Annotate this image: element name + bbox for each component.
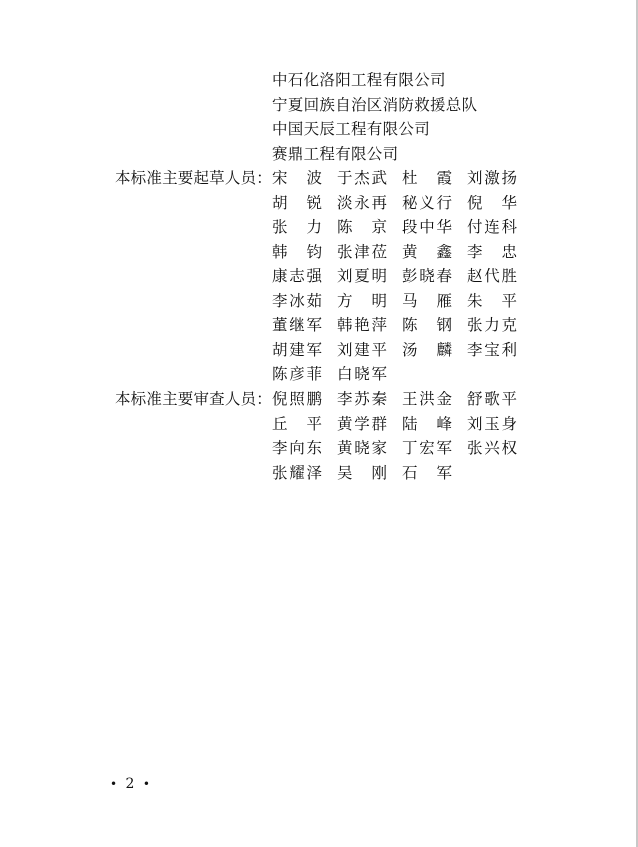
person-name: 李苏秦	[337, 387, 387, 412]
person-name: 胡锐	[272, 191, 322, 216]
person-name: 陈彦菲	[272, 362, 322, 387]
person-name: 倪照鹏	[272, 387, 322, 412]
organization-list: 中石化洛阳工程有限公司 宁夏回族自治区消防救援总队 中国天辰工程有限公司 赛鼎工…	[272, 68, 477, 166]
person-name: 刘玉身	[467, 412, 517, 437]
person-name: 秘义行	[402, 191, 452, 216]
person-name: 汤麟	[402, 338, 452, 363]
person-name: 淡永再	[337, 191, 387, 216]
person-name: 段中华	[402, 215, 452, 240]
person-name: 丁宏军	[402, 436, 452, 461]
person-name: 黄鑫	[402, 240, 452, 265]
person-name: 吴刚	[337, 461, 387, 486]
organization: 赛鼎工程有限公司	[272, 142, 477, 167]
person-name: 张兴权	[467, 436, 517, 461]
person-name: 康志强	[272, 264, 322, 289]
person-name: 倪华	[467, 191, 517, 216]
person-name: 马雁	[402, 289, 452, 314]
person-name: 杜霞	[402, 166, 452, 191]
page-number: • 2 •	[110, 776, 152, 792]
page-number-dot: •	[110, 777, 119, 791]
person-name: 张力	[272, 215, 322, 240]
page-number-dot: •	[143, 777, 152, 791]
person-name: 张津莅	[337, 240, 387, 265]
person-name: 付连科	[467, 215, 517, 240]
person-name: 李向东	[272, 436, 322, 461]
person-name: 李冰茹	[272, 289, 322, 314]
person-name: 刘建平	[337, 338, 387, 363]
person-name: 陈钢	[402, 313, 452, 338]
person-name: 张力克	[467, 313, 517, 338]
person-name: 韩钧	[272, 240, 322, 265]
page-number-value: 2	[126, 776, 137, 792]
person-name: 方明	[337, 289, 387, 314]
person-name: 李忠	[467, 240, 517, 265]
person-name: 彭晓春	[402, 264, 452, 289]
person-name: 白晓军	[337, 362, 387, 387]
person-name: 黄晓家	[337, 436, 387, 461]
organization: 中石化洛阳工程有限公司	[272, 68, 477, 93]
person-name: 赵代胜	[467, 264, 517, 289]
organization: 中国天辰工程有限公司	[272, 117, 477, 142]
person-name: 刘激扬	[467, 166, 517, 191]
person-name: 董继军	[272, 313, 322, 338]
person-name: 舒歌平	[467, 387, 517, 412]
person-name: 石军	[402, 461, 452, 486]
person-name: 宋波	[272, 166, 322, 191]
person-name: 于杰武	[337, 166, 387, 191]
person-name: 胡建军	[272, 338, 322, 363]
organization: 宁夏回族自治区消防救援总队	[272, 93, 477, 118]
drafters-label: 本标准主要起草人员：	[0, 166, 272, 191]
person-name: 黄学群	[337, 412, 387, 437]
person-name: 刘夏明	[337, 264, 387, 289]
person-name: 陈京	[337, 215, 387, 240]
reviewers-label: 本标准主要审查人员：	[0, 387, 272, 412]
person-name: 陆峰	[402, 412, 452, 437]
person-name: 王洪金	[402, 387, 452, 412]
person-name: 韩艳萍	[337, 313, 387, 338]
person-name: 李宝利	[467, 338, 517, 363]
person-name: 朱平	[467, 289, 517, 314]
person-name: 张耀泽	[272, 461, 322, 486]
person-name: 丘平	[272, 412, 322, 437]
